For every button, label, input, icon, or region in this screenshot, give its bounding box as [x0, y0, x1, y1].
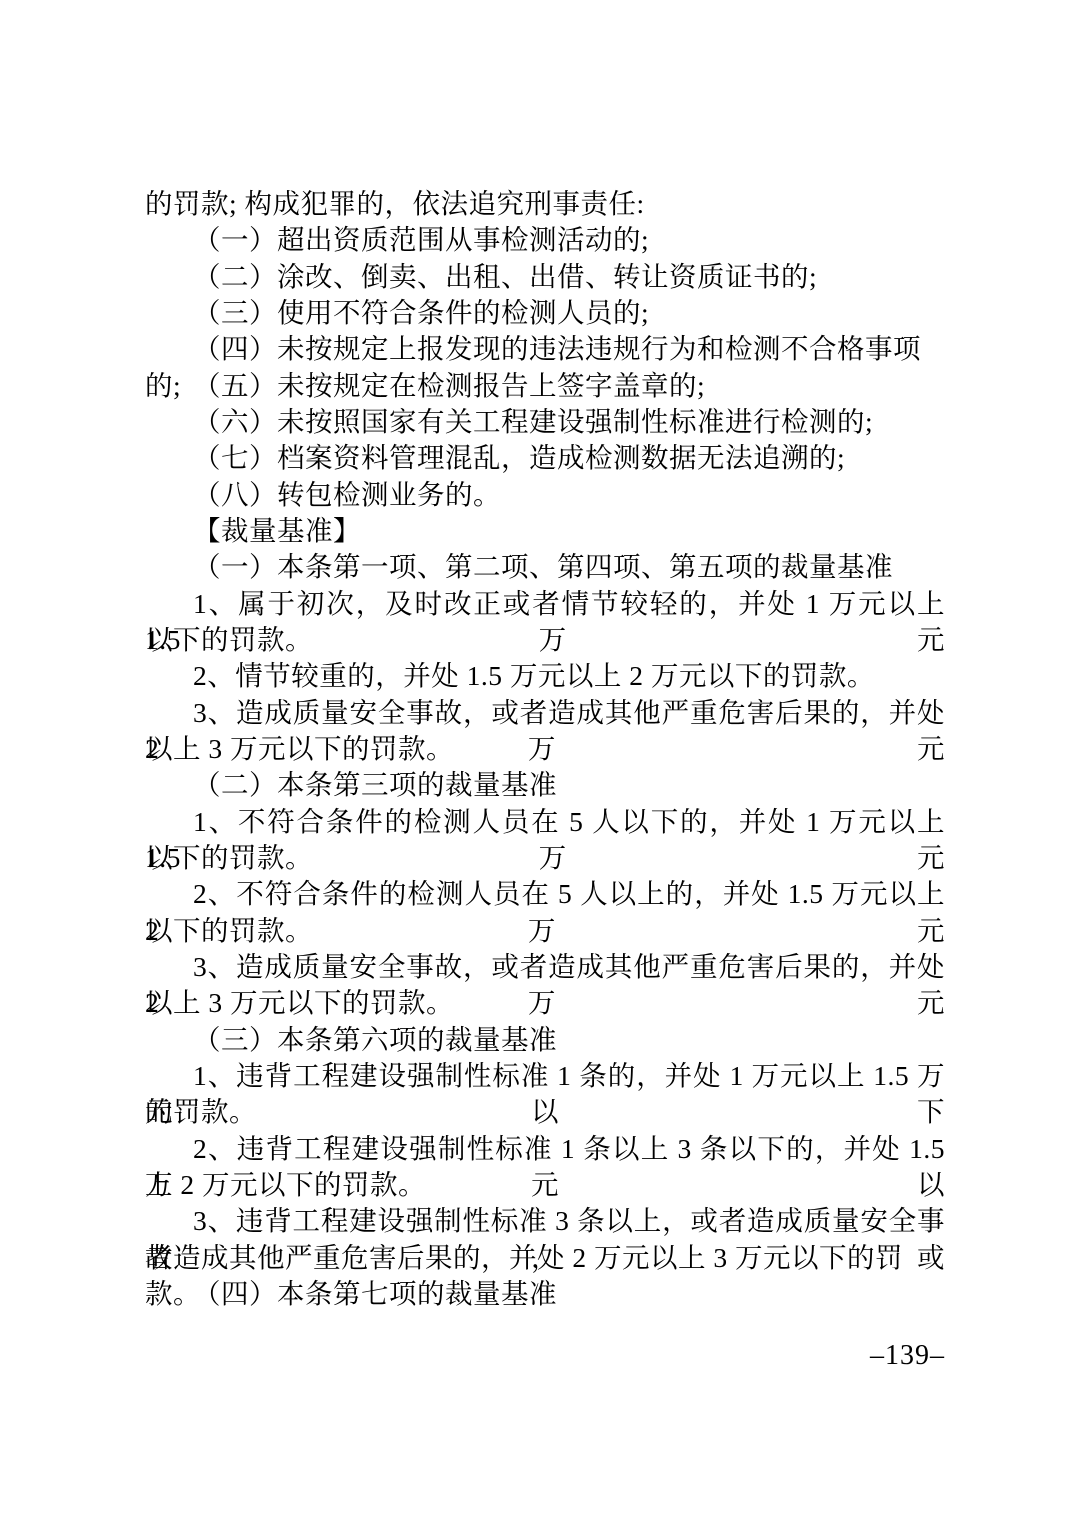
text-line: 2、情节较重的，并处 1.5 万元以上 2 万元以下的罚款。 [145, 658, 945, 694]
text-line: （一）本条第一项、第二项、第四项、第五项的裁量基准 [145, 549, 945, 585]
text-line: 1、违背工程建设强制性标准 1 条的，并处 1 万元以上 1.5 万元以下 [145, 1058, 945, 1094]
text-line: （四）本条第七项的裁量基准 [145, 1276, 945, 1312]
text-line: （二）涂改、倒卖、出租、出借、转让资质证书的; [145, 259, 945, 295]
section-heading: 【裁量基准】 [145, 513, 945, 549]
text-line: （三）使用不符合条件的检测人员的; [145, 295, 945, 331]
text-line: 者造成其他严重危害后果的，并处 2 万元以上 3 万元以下的罚款。 [145, 1240, 945, 1276]
text-line: （一）超出资质范围从事检测活动的; [145, 222, 945, 258]
text-line: 1、不符合条件的检测人员在 5 人以下的，并处 1 万元以上 1.5 万元 [145, 804, 945, 840]
text-line: 1、属于初次，及时改正或者情节较轻的，并处 1 万元以上 1.5 万元 [145, 586, 945, 622]
text-line: 的罚款; 构成犯罪的，依法追究刑事责任: [145, 186, 945, 222]
text-line: （八）转包检测业务的。 [145, 477, 945, 513]
document-body: 的罚款; 构成犯罪的，依法追究刑事责任: （一）超出资质范围从事检测活动的; （… [145, 186, 945, 1312]
text-line: （三）本条第六项的裁量基准 [145, 1022, 945, 1058]
text-line: （七）档案资料管理混乱，造成检测数据无法追溯的; [145, 440, 945, 476]
page-number: –139– [145, 1340, 945, 1372]
text-line: 3、违背工程建设强制性标准 3 条以上，或者造成质量安全事故，或 [145, 1203, 945, 1239]
text-line: 3、造成质量安全事故，或者造成其他严重危害后果的，并处 2 万元 [145, 949, 945, 985]
text-line: （五）未按规定在检测报告上签字盖章的; [145, 368, 945, 404]
text-line: 2、不符合条件的检测人员在 5 人以上的，并处 1.5 万元以上 2 万元 [145, 876, 945, 912]
text-line: （六）未按照国家有关工程建设强制性标准进行检测的; [145, 404, 945, 440]
text-line: （四）未按规定上报发现的违法违规行为和检测不合格事项的; [145, 331, 945, 367]
text-line: 3、造成质量安全事故，或者造成其他严重危害后果的，并处 2 万元 [145, 695, 945, 731]
document-page: 的罚款; 构成犯罪的，依法追究刑事责任: （一）超出资质范围从事检测活动的; （… [0, 0, 1075, 1520]
text-line: 2、违背工程建设强制性标准 1 条以上 3 条以下的，并处 1.5 万元以 [145, 1131, 945, 1167]
text-line: （二）本条第三项的裁量基准 [145, 767, 945, 803]
